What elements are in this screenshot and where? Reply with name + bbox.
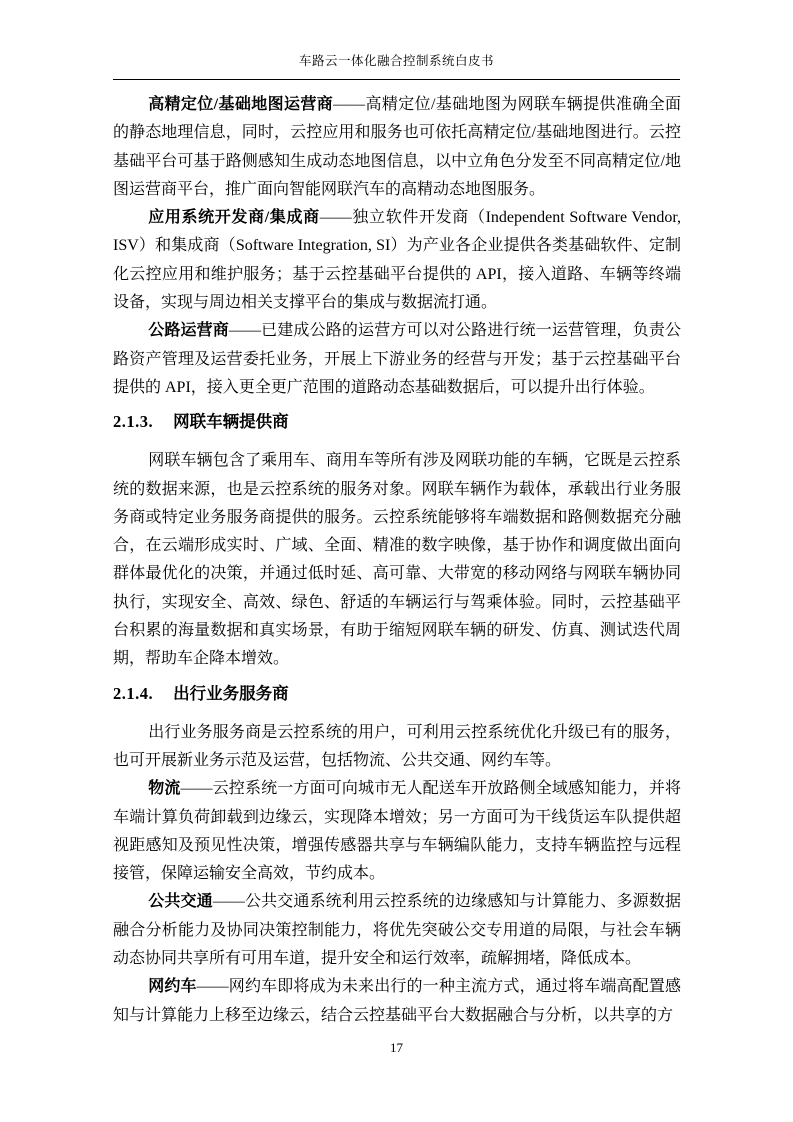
page-number: 17 (390, 1040, 403, 1055)
paragraph-lead-public-transit: 公共交通 (148, 893, 213, 910)
paragraph-lead-highway-operator: 公路运营商 (148, 322, 229, 339)
paragraph-text-mobility-service: 出行业务服务商是云控系统的用户，可利用云控系统优化升级已有的服务，也可开展新业务… (113, 724, 681, 769)
section-number-2-1-3: 2.1.3. (113, 410, 153, 434)
running-header-title: 车路云一体化融合控制系统白皮书 (0, 52, 793, 70)
section-title-2-1-3: 网联车辆提供商 (173, 412, 289, 431)
paragraph-isv-si: 应用系统开发商/集成商——独立软件开发商（Independent Softwar… (113, 204, 681, 317)
paragraph-public-transit: 公共交通——公共交通系统利用云控系统的边缘感知与计算能力、多源数据融合分析能力及… (113, 888, 681, 973)
section-heading-2-1-3: 2.1.3.网联车辆提供商 (113, 410, 681, 434)
page-footer: 17 (0, 1040, 793, 1056)
section-heading-2-1-4: 2.1.4.出行业务服务商 (113, 682, 681, 706)
section-number-2-1-4: 2.1.4. (113, 682, 153, 706)
paragraph-logistics: 物流——云控系统一方面可向城市无人配送车开放路侧全域感知能力，并将车端计算负荷卸… (113, 775, 681, 888)
running-header: 车路云一体化融合控制系统白皮书 (0, 0, 793, 80)
paragraph-ride-hailing: 网约车——网约车即将成为未来出行的一种主流方式，通过将车端高配置感知与计算能力上… (113, 973, 681, 1030)
paragraph-lead-logistics: 物流 (148, 780, 180, 797)
paragraph-lead-ride-hailing: 网约车 (148, 978, 196, 995)
header-divider (113, 79, 680, 80)
paragraph-lead-isv-si: 应用系统开发商/集成商 (148, 209, 320, 226)
paragraph-text-connected-vehicles: 网联车辆包含了乘用车、商用车等所有涉及网联功能的车辆，它既是云控系统的数据来源，… (113, 452, 681, 667)
paragraph-lead-map-operator: 高精定位/基础地图运营商 (148, 96, 333, 113)
paragraph-mobility-service: 出行业务服务商是云控系统的用户，可利用云控系统优化升级已有的服务，也可开展新业务… (113, 719, 681, 776)
paragraph-map-operator: 高精定位/基础地图运营商——高精定位/基础地图为网联车辆提供准确全面的静态地理信… (113, 91, 681, 204)
paragraph-text-logistics: ——云控系统一方面可向城市无人配送车开放路侧全域感知能力，并将车端计算负荷卸载到… (113, 780, 681, 882)
section-title-2-1-4: 出行业务服务商 (173, 684, 289, 703)
document-body: 高精定位/基础地图运营商——高精定位/基础地图为网联车辆提供准确全面的静态地理信… (113, 91, 681, 1030)
paragraph-highway-operator: 公路运营商——已建成公路的运营方可以对公路进行统一运营管理，负责公路资产管理及运… (113, 317, 681, 402)
document-page: 车路云一体化融合控制系统白皮书 高精定位/基础地图运营商——高精定位/基础地图为… (0, 0, 793, 1122)
paragraph-connected-vehicles: 网联车辆包含了乘用车、商用车等所有涉及网联功能的车辆，它既是云控系统的数据来源，… (113, 447, 681, 673)
paragraph-text-ride-hailing: ——网约车即将成为未来出行的一种主流方式，通过将车端高配置感知与计算能力上移至边… (113, 978, 681, 1023)
